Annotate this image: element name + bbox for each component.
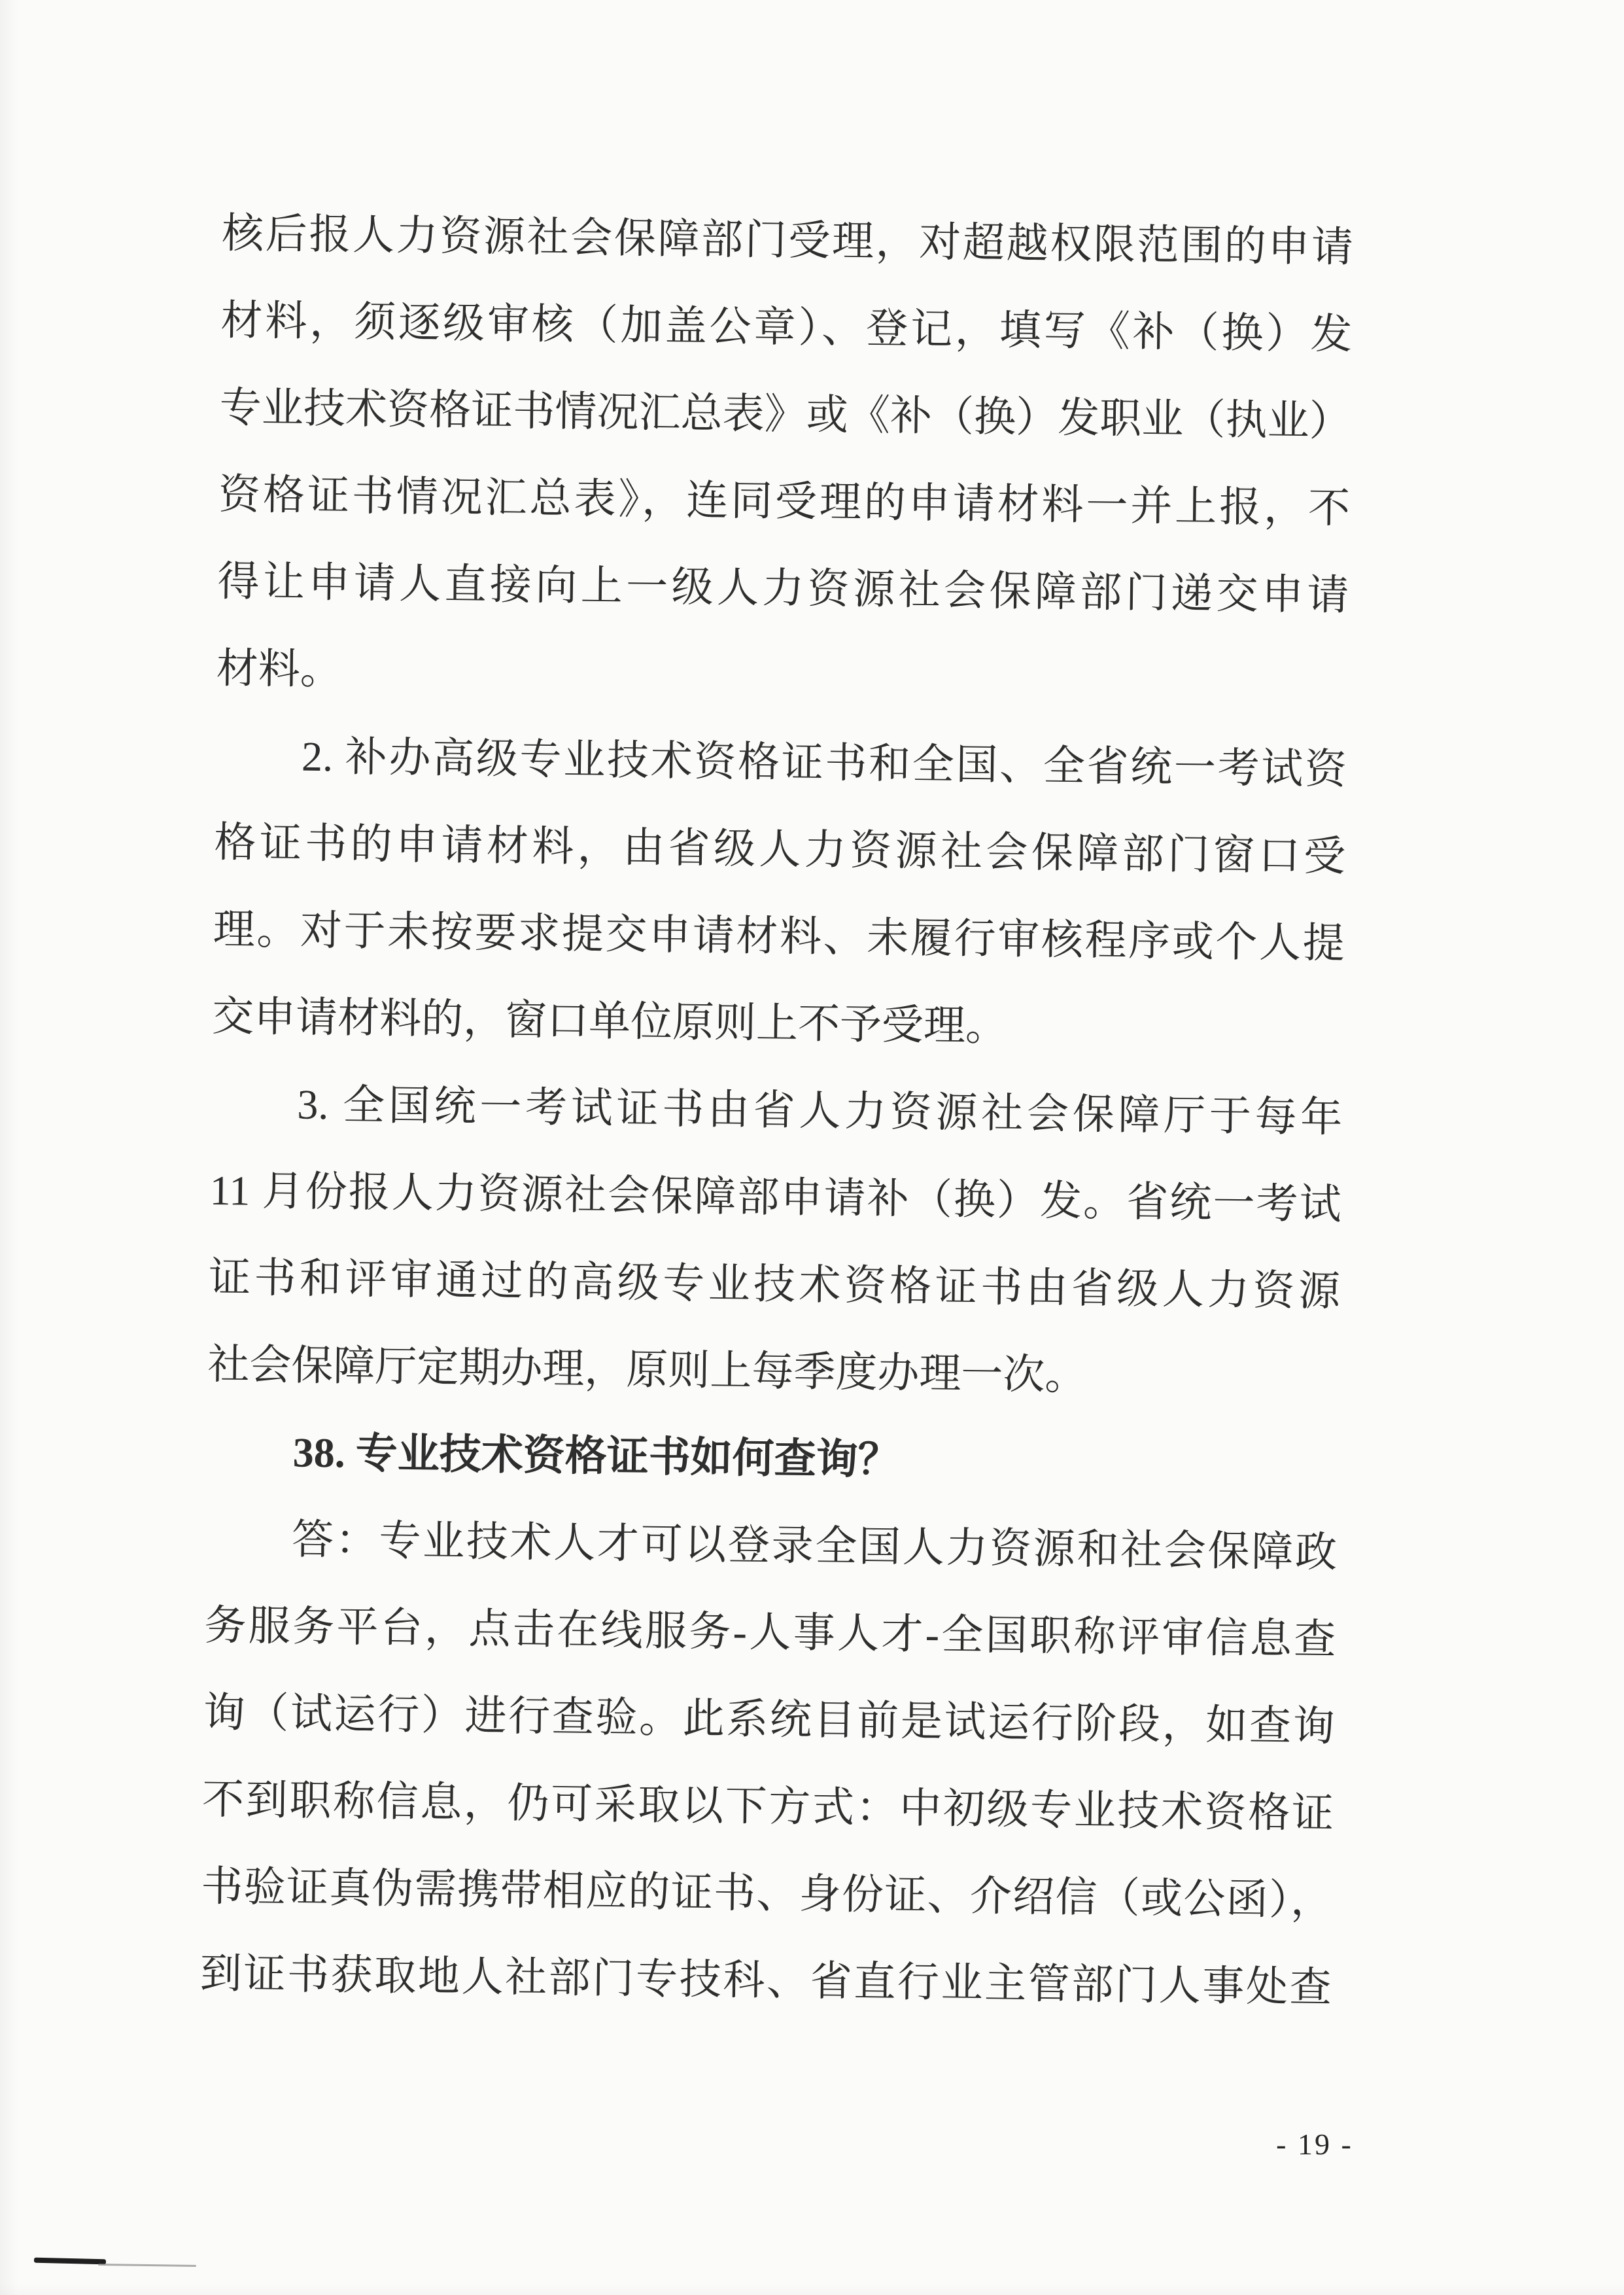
text-line: 格证书的申请材料，由省级人力资源社会保障部门窗口受 <box>214 799 1347 900</box>
text-line: 不到职称信息，仍可采取以下方式：中初级专业技术资格证 <box>201 1756 1334 1857</box>
scanned-document-page: { "theme": { "paper": "#fbfbf9", "ink": … <box>0 0 1624 2295</box>
text-line-paragraph-start: 3. 全国统一考试证书由省人力资源社会保障厅于每年 <box>211 1060 1343 1161</box>
text-line: 询（试运行）进行查验。此系统目前是试运行阶段，如查询 <box>203 1669 1336 1770</box>
text-line: 专业技术资格证书情况汇总表》或《补（换）发职业（执业） <box>219 364 1352 465</box>
text-line: 证书和评审通过的高级专业技术资格证书由省级人力资源 <box>208 1234 1341 1335</box>
text-line: 11 月份报人力资源社会保障部申请补（换）发。省统一考试 <box>209 1147 1342 1248</box>
text-line-paragraph-end: 材料。 <box>216 625 1349 726</box>
text-line: 核后报人力资源社会保障部门受理，对超越权限范围的申请 <box>221 190 1354 291</box>
text-line-paragraph-end: 社会保障厅定期办理，原则上每季度办理一次。 <box>207 1321 1340 1422</box>
page-number: - 19 - <box>1230 2125 1400 2164</box>
text-line-paragraph-end: 交申请材料的，窗口单位原则上不予受理。 <box>211 973 1344 1074</box>
document-text-block: 核后报人力资源社会保障部门受理，对超越权限范围的申请 材料，须逐级审核（加盖公章… <box>199 190 1354 2031</box>
text-line-paragraph-start: 答：专业技术人才可以登录全国人力资源和社会保障政 <box>205 1495 1338 1596</box>
text-line: 务服务平台，点击在线服务-人事人才-全国职称评审信息查 <box>204 1582 1337 1683</box>
text-line: 材料，须逐级审核（加盖公章）、登记，填写《补（换）发 <box>220 277 1353 378</box>
text-line: 书验证真伪需携带相应的证书、身份证、介绍信（或公函）， <box>201 1843 1334 1944</box>
text-line: 资格证书情况汇总表》，连同受理的申请材料一并上报，不 <box>218 451 1351 552</box>
text-line: 到证书获取地人社部门专技科、省直行业主管部门人事处查 <box>199 1930 1332 2031</box>
text-line: 理。对于未按要求提交申请材料、未履行审核程序或个人提 <box>213 886 1345 987</box>
question-heading: 38. 专业技术资格证书如何查询？ <box>206 1408 1339 1509</box>
text-line: 得让申请人直接向上一级人力资源社会保障部门递交申请 <box>217 538 1350 639</box>
text-line-paragraph-start: 2. 补办高级专业技术资格证书和全国、全省统一考试资 <box>215 712 1347 813</box>
